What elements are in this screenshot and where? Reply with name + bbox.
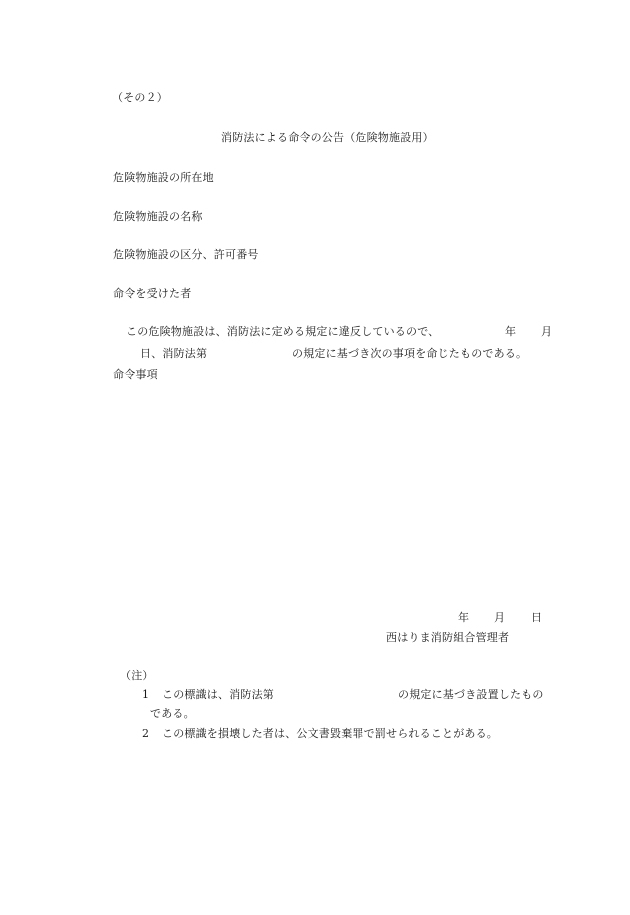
note-2-text: この標識を損壊した者は、公文書毀棄罪で罰せられることがある。 xyxy=(162,728,498,739)
note-1-text: この標識は、消防法第 xyxy=(162,689,274,700)
notes-heading: （注） xyxy=(120,670,154,681)
body-day-article: 日、消防法第 xyxy=(140,348,207,359)
notice-document: （その２） 消防法による命令の公告（危険物施設用） 危険物施設の所在地 危険物施… xyxy=(0,0,630,915)
signature-month-label: 月 xyxy=(494,612,505,623)
note-1-text-suffix: の規定に基づき設置したもの xyxy=(398,689,544,700)
document-title: 消防法による命令の公告（危険物施設用） xyxy=(221,132,434,143)
body-year-label: 年 xyxy=(505,326,516,337)
field-ordered-party: 命令を受けた者 xyxy=(113,288,191,299)
field-facility-name: 危険物施設の名称 xyxy=(113,211,203,222)
note-1-text-continued: である。 xyxy=(150,708,195,719)
field-facility-category-permit: 危険物施設の区分、許可番号 xyxy=(113,249,259,260)
form-number: （その２） xyxy=(112,92,168,103)
signature-day-label: 日 xyxy=(531,612,542,623)
note-2-number: 2 xyxy=(142,728,149,739)
body-month-label: 月 xyxy=(541,326,552,337)
signature-year-label: 年 xyxy=(458,612,469,623)
body-order-text: の規定に基づき次の事項を命じたものである。 xyxy=(292,348,527,359)
note-1-number: 1 xyxy=(142,689,149,700)
body-line-1: この危険物施設は、消防法に定める規定に違反しているので、 xyxy=(126,326,439,337)
signature-issuer: 西はりま消防組合管理者 xyxy=(386,632,509,643)
order-items-label: 命令事項 xyxy=(113,369,158,380)
body-violation-text: この危険物施設は、消防法に定める規定に違反しているので、 xyxy=(126,325,439,338)
field-facility-location: 危険物施設の所在地 xyxy=(113,172,214,183)
